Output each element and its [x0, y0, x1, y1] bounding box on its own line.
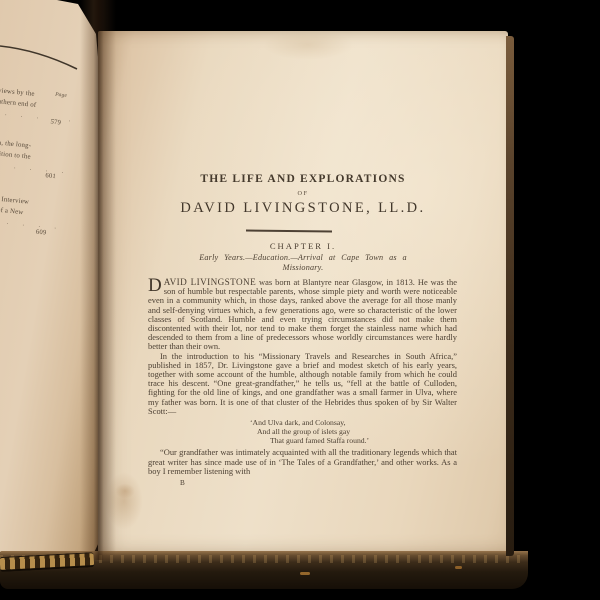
body-text: DAVID LIVINGSTONE was born at Blantyre n… [148, 278, 457, 488]
gilt-fleck [300, 572, 310, 575]
page-stain [248, 31, 368, 65]
contents-page-number: 601 [45, 172, 56, 180]
contents-entry-line: t the Southern end of [0, 96, 37, 109]
verse-line: That guard famed Staffa round.’ [148, 437, 457, 446]
dot-leader: . . . . . . [0, 109, 73, 123]
series-title: THE LIFE AND EXPLORATIONS [148, 173, 458, 185]
chapter-subtitle-line: Early Years.—Education.—Arrival at Cape … [148, 253, 458, 263]
chapter-heading: CHAPTER I. [148, 241, 458, 251]
dot-leader: . . . . . . [0, 217, 58, 231]
contents-entry-line: ble Reviews by the [0, 85, 35, 97]
paragraph-1-text: was born at Blantyre near Glasgow, in 18… [148, 277, 457, 351]
title-rule [246, 230, 332, 232]
contents-entry-line: rganisation of a New [0, 203, 24, 216]
contents-page-number: 579 [50, 118, 61, 126]
contents-fragments: Page ble Reviews by the t the Southern e… [0, 0, 100, 310]
paragraph-1: DAVID LIVINGSTONE was born at Blantyre n… [148, 278, 457, 352]
page-stain [112, 481, 138, 501]
paragraph-2: In the introduction to his “Missionary T… [148, 352, 457, 416]
chapter-subtitle-line: Missionary. [148, 263, 458, 273]
gilt-fleck [455, 566, 462, 569]
drop-cap: D [148, 278, 164, 295]
signature-mark: B [180, 479, 457, 488]
fore-edge [506, 36, 514, 556]
page-stain [98, 461, 150, 541]
chapter-subtitle: Early Years.—Education.—Arrival at Cape … [148, 253, 458, 273]
contents-entry-line: e Lukuga, the long- [0, 137, 32, 149]
of-label: OF [148, 190, 458, 197]
right-page: THE LIFE AND EXPLORATIONS OF DAVID LIVIN… [98, 31, 508, 557]
book-title: DAVID LIVINGSTONE, LL.D. [148, 200, 458, 217]
contents-page-column-label: Page [55, 92, 67, 99]
contents-entry-line: y’s Expedition to the [0, 148, 31, 161]
contents-entry-line: . Stanley’s Interview [0, 193, 29, 206]
verse-quotation: ‘And Ulva dark, and Colonsay, And all th… [148, 419, 457, 445]
contents-page-number: 609 [36, 229, 47, 237]
left-page: Page ble Reviews by the t the Southern e… [0, 0, 100, 558]
open-book-photo: Page ble Reviews by the t the Southern e… [0, 0, 600, 600]
paragraph-3: “Our grandfather was intimately acquaint… [148, 448, 457, 476]
